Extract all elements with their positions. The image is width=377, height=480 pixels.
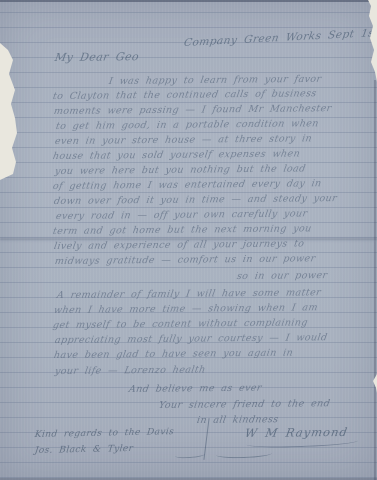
paper-right-edge [374,80,376,480]
body-line: appreciating most fully your courtesy — … [54,332,328,346]
letter-paper: Company Green Works Sept 1st /56 My Dear… [0,0,377,480]
dateline: Company Green Works Sept 1st /56 [183,27,377,49]
ink-flourish-horizontal [216,449,272,459]
body-line: of getting home I was entertained every … [52,178,322,192]
paper-top-edge [0,0,377,2]
letter-scan: Company Green Works Sept 1st /56 My Dear… [0,0,377,480]
docket-line: Kind regards to the Davis [34,427,175,441]
body-line: A remainder of family I will have some m… [56,287,322,301]
body-line: your life — Lorenzo health [54,364,206,377]
body-line: moments were passing — I found Mr Manche… [53,103,332,117]
closing-line: And believe me as ever [128,383,263,395]
salutation: My Dear Geo [54,51,140,63]
body-line: down over food it you in time — and stea… [53,193,338,207]
docket-line: Jos. Black & Tyler [34,444,134,457]
body-line: term and got home but the next morning y… [52,223,313,237]
closing-line: Your sincere friend to the end [158,398,331,411]
body-line: have been glad to have seen you again in [53,348,294,361]
body-line: you were here but you nothing but the lo… [54,163,307,177]
body-line: when I have more time — showing when I a… [53,302,319,316]
body-line: midways gratitude — comfort us in our po… [54,253,316,267]
body-line: to Clayton that the continued calls of b… [52,88,317,102]
body-line: house that you sold yourself expenses wh… [52,148,301,162]
body-line: I was happy to learn from your favor [108,74,322,87]
body-line: so in our power [236,270,328,282]
body-line: to get him good, in a portable condition… [55,118,320,132]
body-line: get myself to be content without complai… [52,317,309,331]
body-line: every road in — off your own carefully y… [55,208,308,222]
ink-flourish-small [175,451,205,459]
body-line: even in your store house — at three stor… [54,133,313,147]
body-line: lively and experience of all your journe… [53,238,305,252]
